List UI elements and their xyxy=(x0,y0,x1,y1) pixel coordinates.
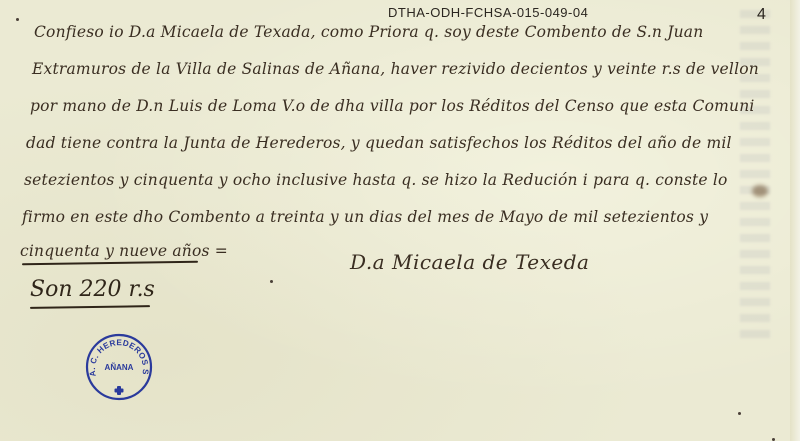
text-line-6: firmo en este dho Combento a treinta y u… xyxy=(22,208,708,226)
paper-speck xyxy=(270,280,273,283)
text-line-4: dad tiene contra la Junta de Herederos, … xyxy=(26,134,732,152)
paper-speck xyxy=(16,18,19,21)
ink-stain xyxy=(752,185,768,197)
text-line-1: Confieso io D.a Micaela de Texada, como … xyxy=(34,23,703,41)
text-line-3: por mano de D.n Luis de Loma V.o de dha … xyxy=(30,97,755,115)
stamp-seal-icon: A. C. HEREDEROS SALINAS AÑANA xyxy=(84,332,154,402)
paper-speck xyxy=(738,412,741,415)
archive-reference-id: DTHA-ODH-FCHSA-015-049-04 xyxy=(388,5,588,20)
folio-number: 4 xyxy=(757,6,766,24)
amount-total: Son 220 r.s xyxy=(30,277,155,302)
cross-icon xyxy=(115,386,124,395)
text-line-5: setezientos y cinquenta y ocho inclusive… xyxy=(24,171,728,189)
paper-edge xyxy=(790,0,800,441)
text-line-2: Extramuros de la Villa de Salinas de Aña… xyxy=(32,60,759,78)
stamp-center-text: AÑANA xyxy=(105,363,134,372)
text-line-7: cinquenta y nueve años = xyxy=(20,242,228,260)
signature: D.a Micaela de Texeda xyxy=(350,250,589,274)
archive-stamp: A. C. HEREDEROS SALINAS AÑANA xyxy=(84,332,154,402)
